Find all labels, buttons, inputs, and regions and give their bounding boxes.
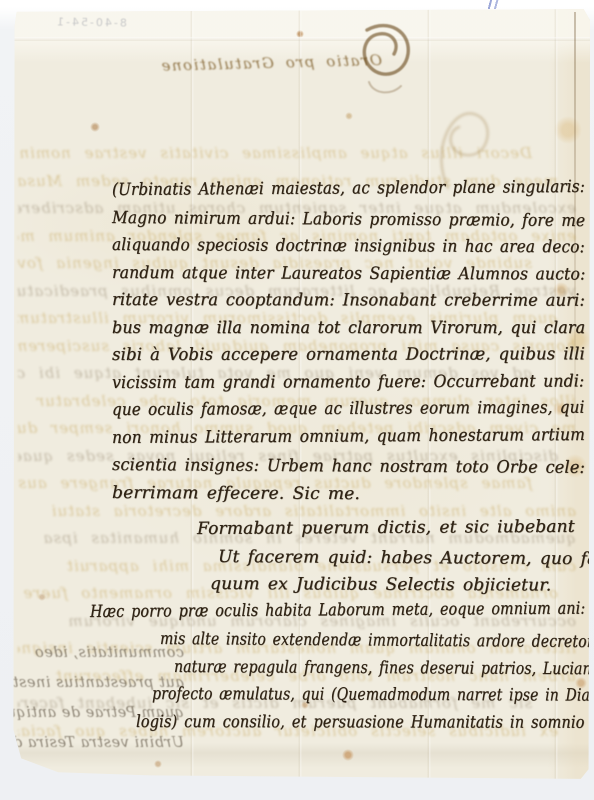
manuscript-line: Formabant puerum dictis, et sic iubebant (197, 514, 585, 544)
manuscript-line: naturæ repagula frangens, fines deserui … (174, 654, 511, 683)
manuscript-line: Ut facerem quid: habes Auctorem, quo fac… (218, 544, 585, 574)
manuscript-line: Magno nimirum ardui: Laboris promisso pr… (112, 205, 537, 235)
manuscript-line: vicissim tam grandi ornamento fuere: Occ… (112, 368, 546, 397)
scan-background: Decori illius atque amplissimae civitati… (0, 0, 594, 800)
flourish-initial-icon (343, 16, 421, 108)
letter-page: Decori illius atque amplissimae civitati… (12, 8, 590, 780)
manuscript-line: ritate vestra cooptandum: Insonabant cre… (112, 287, 562, 315)
manuscript-body: (Urbinatis Athenæi maiestas, ac splendor… (112, 177, 585, 736)
blue-ink-mark (487, 0, 503, 9)
manuscript-line: profecto æmulatus, qui (Quemadmodum narr… (152, 681, 507, 710)
manuscript-line: sibi à Vobis accepere ornamenta Doctrinæ… (112, 341, 568, 369)
manuscript-line: scientia insignes: Urbem hanc nostram to… (112, 452, 560, 482)
manuscript-line: quum ex Judicibus Selectis objicietur. (210, 571, 585, 600)
manuscript-line: aliquando speciosis doctrinæ insignibus … (112, 232, 536, 262)
fold-crease-horizontal (12, 37, 590, 41)
manuscript-line: Hæc porro præ oculis habita Laborum meta… (90, 596, 505, 626)
manuscript-line: bus magnæ illa nomina tot clarorum Viror… (112, 315, 552, 343)
opening-paragraph: (Urbinatis Athenæi maiestas, ac splendor… (112, 177, 585, 507)
verse-quotation: Formabant puerum dictis, et sic iubebant… (112, 516, 585, 599)
manuscript-line: (Urbinatis Athenæi maiestas, ac splendor… (112, 174, 532, 204)
closing-paragraph: Hæc porro præ oculis habita Laborum meta… (112, 599, 585, 737)
manuscript-line: logis) cum consilio, et persuasione Huma… (136, 709, 518, 737)
manuscript-line: que oculis famosæ, æque ac illustres eor… (112, 395, 532, 425)
manuscript-line: mis alte insito extendendæ immortalitati… (160, 626, 509, 656)
manuscript-line: randum atque inter Laureatos Sapientiæ A… (112, 260, 545, 289)
manuscript-line: non minus Litterarum omnium, quam honest… (112, 422, 543, 452)
pencil-inventory-mark: 8-40-54-1 (55, 15, 127, 29)
manuscript-line: berrimam effecere. Sic me. (112, 480, 585, 510)
